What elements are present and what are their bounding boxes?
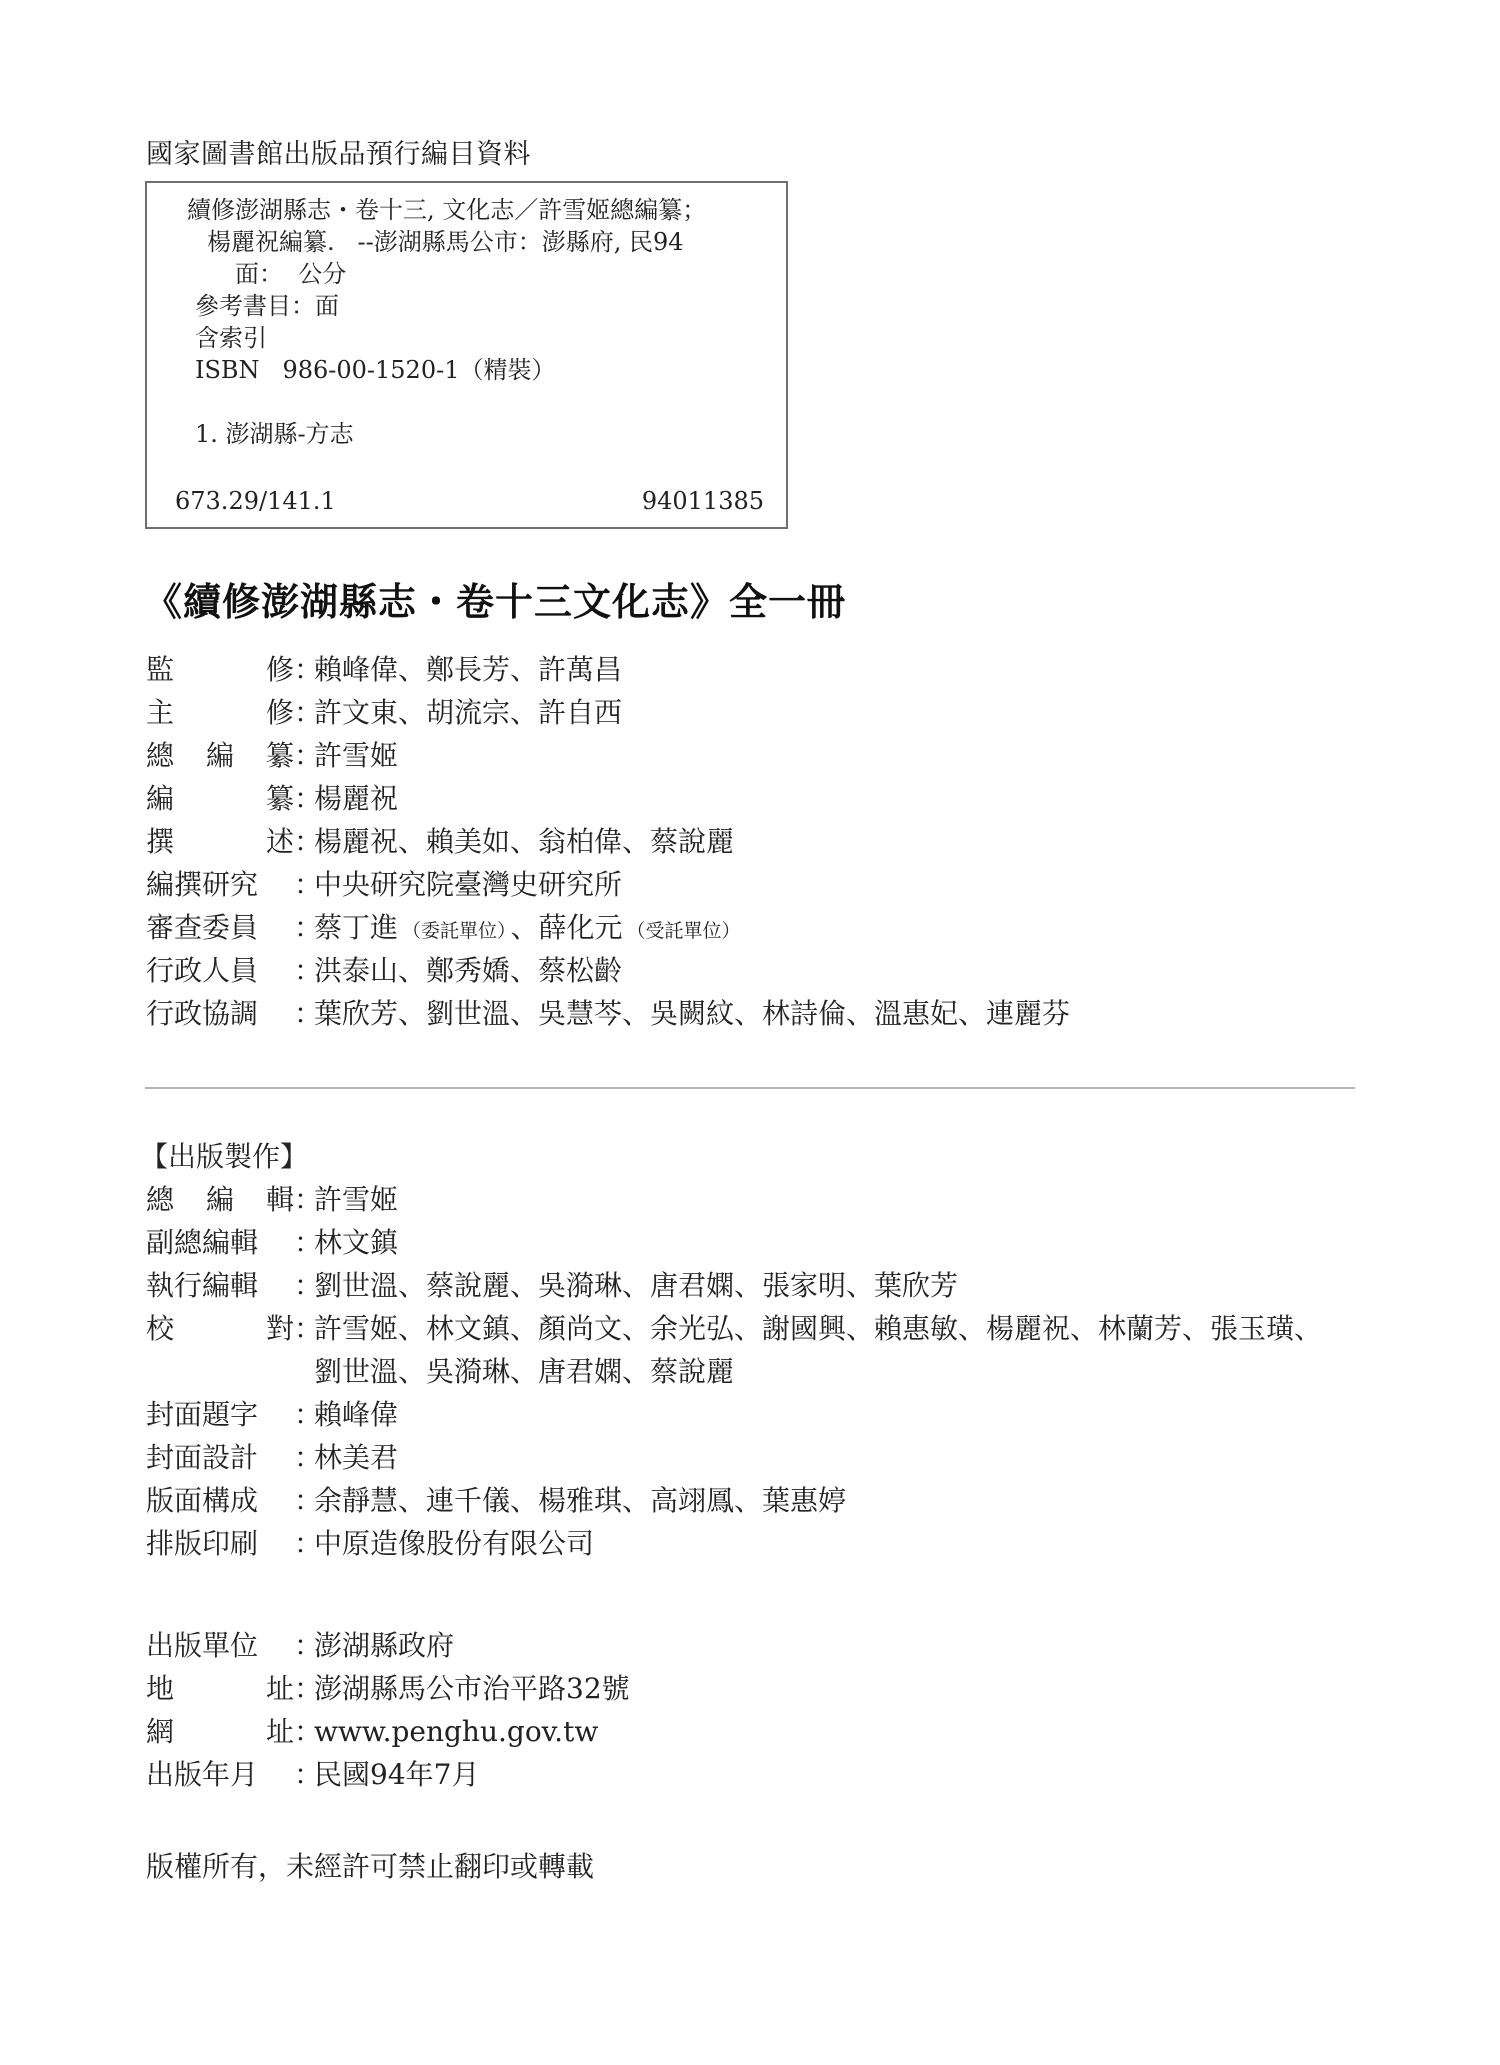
credit-label-char: 行政協調 (146, 992, 258, 1035)
credit-label-char: 纂 (266, 734, 294, 777)
credit-value: 劉世溫、蔡說麗、吳漪琳、唐君嫻、張家明、葉欣芳 (314, 1264, 958, 1307)
credit-label-char: 版面構成 (146, 1479, 258, 1522)
credit-label-char: 修 (266, 648, 294, 691)
credit-value: 許雪姬 (314, 1178, 398, 1221)
cip-index-line: 含索引 (195, 323, 267, 353)
credit-label-char: 述 (266, 820, 294, 863)
credit-row: 校對：許雪姬、林文鎮、顏尚文、余光弘、謝國興、賴惠敏、楊麗祝、林蘭芳、張玉璜、劉… (146, 1307, 1322, 1393)
credit-name: 、薛化元 (511, 911, 623, 944)
production-credits: 總編輯：許雪姬副總編輯：林文鎮執行編輯：劉世溫、蔡說麗、吳漪琳、唐君嫻、張家明、… (146, 1178, 1322, 1565)
credit-row: 行政協調：葉欣芳、劉世溫、吳慧芩、吳闕紋、林詩倫、溫惠妃、連麗芬 (146, 992, 1070, 1035)
credit-colon: ： (294, 1624, 314, 1667)
credit-names: 澎湖縣馬公市治平路32號 (314, 1672, 630, 1705)
cip-publisher-line: 楊麗祝編纂. --澎湖縣馬公市：澎縣府, 民94 (207, 227, 684, 257)
credit-colon: ： (294, 1667, 314, 1710)
credit-row: 編撰研究：中央研究院臺灣史研究所 (146, 863, 1070, 906)
credit-label-char: 總 (146, 734, 174, 777)
credit-colon: ： (294, 992, 314, 1035)
credit-names: 楊麗祝 (314, 782, 398, 815)
credit-value: 林文鎮 (314, 1221, 398, 1264)
credit-row: 監修：賴峰偉、鄭長芳、許萬昌 (146, 648, 1070, 691)
credit-row: 撰述：楊麗祝、賴美如、翁柏偉、蔡說麗 (146, 820, 1070, 863)
credit-value: 林美君 (314, 1436, 398, 1479)
cip-pages-line: 面： 公分 (235, 259, 346, 289)
credit-label: 監修 (146, 648, 294, 691)
credit-names: 葉欣芳、劉世溫、吳慧芩、吳闕紋、林詩倫、溫惠妃、連麗芬 (314, 997, 1070, 1030)
credit-value: 許雪姬 (314, 734, 398, 777)
credit-names: 林文鎮 (314, 1226, 398, 1259)
credit-row: 網址：www.penghu.gov.tw (146, 1710, 630, 1753)
cip-record-box: 續修澎湖縣志・卷十三, 文化志／許雪姬總編纂； 楊麗祝編纂. --澎湖縣馬公市：… (145, 181, 788, 529)
credit-value: 澎湖縣政府 (314, 1624, 454, 1667)
credit-note: （受託單位） (627, 920, 741, 942)
credit-value: 民國94年7月 (314, 1753, 479, 1796)
credit-value: 澎湖縣馬公市治平路32號 (314, 1667, 630, 1710)
credit-value: 中央研究院臺灣史研究所 (314, 863, 622, 906)
credit-names: 許雪姬、林文鎮、顏尚文、余光弘、謝國興、賴惠敏、楊麗祝、林蘭芳、張玉璜、 (314, 1312, 1322, 1345)
credit-names: 許雪姬 (314, 739, 398, 772)
credit-label-char: 纂 (266, 777, 294, 820)
credit-colon: ： (294, 734, 314, 777)
credit-names: 許雪姬 (314, 1183, 398, 1216)
credit-label-char: 編撰研究 (146, 863, 258, 906)
credit-label-char: 執行編輯 (146, 1264, 258, 1307)
credit-value: 賴峰偉、鄭長芳、許萬昌 (314, 648, 622, 691)
credit-colon: ： (294, 906, 314, 949)
credit-row: 出版單位：澎湖縣政府 (146, 1624, 630, 1667)
credit-row: 封面設計：林美君 (146, 1436, 1322, 1479)
production-heading: 【出版製作】 (140, 1137, 308, 1177)
cip-heading: 國家圖書館出版品預行編目資料 (146, 138, 531, 172)
credit-label-char: 副總編輯 (146, 1221, 258, 1264)
credit-names: www.penghu.gov.tw (314, 1715, 598, 1748)
cip-title-line: 續修澎湖縣志・卷十三, 文化志／許雪姬總編纂； (187, 195, 706, 225)
credit-label: 出版年月 (146, 1753, 294, 1796)
credit-label: 網址 (146, 1710, 294, 1753)
credit-label-char: 地 (146, 1667, 174, 1710)
credit-names-continued: 劉世溫、吳漪琳、唐君嫻、蔡說麗 (314, 1350, 1322, 1393)
credit-names: 余靜慧、連千儀、楊雅琪、高翊鳳、葉惠婷 (314, 1484, 846, 1517)
credit-names: 林美君 (314, 1441, 398, 1474)
credit-row: 出版年月：民國94年7月 (146, 1753, 630, 1796)
credit-label: 校對 (146, 1307, 294, 1350)
book-title: 《續修澎湖縣志・卷十三文化志》全一冊 (144, 578, 846, 626)
credit-colon: ： (294, 1221, 314, 1264)
credit-value: 賴峰偉 (314, 1393, 398, 1436)
credit-label-char: 編 (206, 1178, 234, 1221)
credit-label: 出版單位 (146, 1624, 294, 1667)
credit-names: 中央研究院臺灣史研究所 (314, 868, 622, 901)
credit-label: 封面題字 (146, 1393, 294, 1436)
credit-colon: ： (294, 777, 314, 820)
credit-label-char: 行政人員 (146, 949, 258, 992)
divider (145, 1087, 1355, 1089)
credit-label-char: 校 (146, 1307, 174, 1350)
credit-value: 中原造像股份有限公司 (314, 1522, 594, 1565)
credit-value: www.penghu.gov.tw (314, 1710, 598, 1753)
cip-classification: 673.29/141.1 (175, 486, 336, 516)
credit-colon: ： (294, 1307, 314, 1350)
credit-label: 撰述 (146, 820, 294, 863)
credit-label-char: 審查委員 (146, 906, 258, 949)
credit-row: 版面構成：余靜慧、連千儀、楊雅琪、高翊鳳、葉惠婷 (146, 1479, 1322, 1522)
credit-label-char: 址 (266, 1710, 294, 1753)
credit-row: 副總編輯：林文鎮 (146, 1221, 1322, 1264)
credit-colon: ： (294, 1522, 314, 1565)
credit-colon: ： (294, 820, 314, 863)
credit-label: 行政人員 (146, 949, 294, 992)
credit-names: 劉世溫、蔡說麗、吳漪琳、唐君嫻、張家明、葉欣芳 (314, 1269, 958, 1302)
credit-label: 編纂 (146, 777, 294, 820)
credit-label-char: 總 (146, 1178, 174, 1221)
credit-label-char: 輯 (266, 1178, 294, 1221)
credit-label-char: 編 (206, 734, 234, 777)
credit-colon: ： (294, 1393, 314, 1436)
credit-colon: ： (294, 691, 314, 734)
credit-label-char: 排版印刷 (146, 1522, 258, 1565)
credit-label-char: 出版單位 (146, 1624, 258, 1667)
cip-subject-line: 1. 澎湖縣-方志 (195, 419, 354, 449)
credit-label: 封面設計 (146, 1436, 294, 1479)
credit-colon: ： (294, 863, 314, 906)
credit-names: 洪泰山、鄭秀嬌、蔡松齡 (314, 954, 622, 987)
credit-label-char: 網 (146, 1710, 174, 1753)
credit-value: 許雪姬、林文鎮、顏尚文、余光弘、謝國興、賴惠敏、楊麗祝、林蘭芳、張玉璜、劉世溫、… (314, 1307, 1322, 1393)
credit-label-char: 址 (266, 1667, 294, 1710)
credit-colon: ： (294, 1710, 314, 1753)
credit-label-char: 主 (146, 691, 174, 734)
credit-label: 行政協調 (146, 992, 294, 1035)
credit-row: 總編纂：許雪姬 (146, 734, 1070, 777)
credit-names: 澎湖縣政府 (314, 1629, 454, 1662)
credit-row: 總編輯：許雪姬 (146, 1178, 1322, 1221)
credit-row: 行政人員：洪泰山、鄭秀嬌、蔡松齡 (146, 949, 1070, 992)
credit-label: 執行編輯 (146, 1264, 294, 1307)
credit-colon: ： (294, 1264, 314, 1307)
credit-names: 賴峰偉、鄭長芳、許萬昌 (314, 653, 622, 686)
credit-label-char: 撰 (146, 820, 174, 863)
publisher-credits: 出版單位：澎湖縣政府地址：澎湖縣馬公市治平路32號網址：www.penghu.g… (146, 1624, 630, 1796)
credit-row: 主修：許文東、胡流宗、許自西 (146, 691, 1070, 734)
cip-bibliography-line: 參考書目：面 (195, 291, 339, 321)
credit-row: 執行編輯：劉世溫、蔡說麗、吳漪琳、唐君嫻、張家明、葉欣芳 (146, 1264, 1322, 1307)
credit-colon: ： (294, 1479, 314, 1522)
credit-row: 審查委員：蔡丁進（委託單位）、薛化元（受託單位） (146, 906, 1070, 949)
credit-label-char: 監 (146, 648, 174, 691)
credit-value: 余靜慧、連千儀、楊雅琪、高翊鳳、葉惠婷 (314, 1479, 846, 1522)
credit-label-char: 對 (266, 1307, 294, 1350)
credit-note: （委託單位） (402, 920, 507, 942)
credit-names: 中原造像股份有限公司 (314, 1527, 594, 1560)
credit-colon: ： (294, 648, 314, 691)
credit-names: 楊麗祝、賴美如、翁柏偉、蔡說麗 (314, 825, 734, 858)
credit-label-char: 編 (146, 777, 174, 820)
credit-names: 民國94年7月 (314, 1758, 479, 1791)
credit-label: 編撰研究 (146, 863, 294, 906)
credit-names: 賴峰偉 (314, 1398, 398, 1431)
credit-label: 排版印刷 (146, 1522, 294, 1565)
credit-colon: ： (294, 949, 314, 992)
credit-row: 編纂：楊麗祝 (146, 777, 1070, 820)
copyright-notice: 版權所有，未經許可禁止翻印或轉載 (146, 1847, 594, 1887)
credit-row: 地址：澎湖縣馬公市治平路32號 (146, 1667, 630, 1710)
credit-value: 蔡丁進（委託單位）、薛化元（受託單位） (314, 906, 745, 953)
credit-row: 排版印刷：中原造像股份有限公司 (146, 1522, 1322, 1565)
editorial-credits: 監修：賴峰偉、鄭長芳、許萬昌主修：許文東、胡流宗、許自西總編纂：許雪姬編纂：楊麗… (146, 648, 1070, 1035)
credit-label-char: 修 (266, 691, 294, 734)
credit-names: 許文東、胡流宗、許自西 (314, 696, 622, 729)
credit-value: 葉欣芳、劉世溫、吳慧芩、吳闕紋、林詩倫、溫惠妃、連麗芬 (314, 992, 1070, 1035)
cip-record-number: 94011385 (642, 486, 764, 516)
credit-colon: ： (294, 1753, 314, 1796)
credit-label: 總編纂 (146, 734, 294, 777)
credit-label: 總編輯 (146, 1178, 294, 1221)
credit-value: 楊麗祝、賴美如、翁柏偉、蔡說麗 (314, 820, 734, 863)
credit-label: 版面構成 (146, 1479, 294, 1522)
credit-label: 主修 (146, 691, 294, 734)
credit-label: 地址 (146, 1667, 294, 1710)
credit-label-char: 出版年月 (146, 1753, 258, 1796)
credit-value: 洪泰山、鄭秀嬌、蔡松齡 (314, 949, 622, 992)
credit-colon: ： (294, 1436, 314, 1479)
credit-colon: ： (294, 1178, 314, 1221)
credit-row: 封面題字：賴峰偉 (146, 1393, 1322, 1436)
credit-value: 許文東、胡流宗、許自西 (314, 691, 622, 734)
credit-name: 蔡丁進 (314, 911, 398, 944)
credit-label-char: 封面題字 (146, 1393, 258, 1436)
credit-value: 楊麗祝 (314, 777, 398, 820)
cip-isbn-line: ISBN 986-00-1520-1（精裝） (195, 355, 555, 385)
credit-label: 審查委員 (146, 906, 294, 949)
credit-label-char: 封面設計 (146, 1436, 258, 1479)
credit-label: 副總編輯 (146, 1221, 294, 1264)
